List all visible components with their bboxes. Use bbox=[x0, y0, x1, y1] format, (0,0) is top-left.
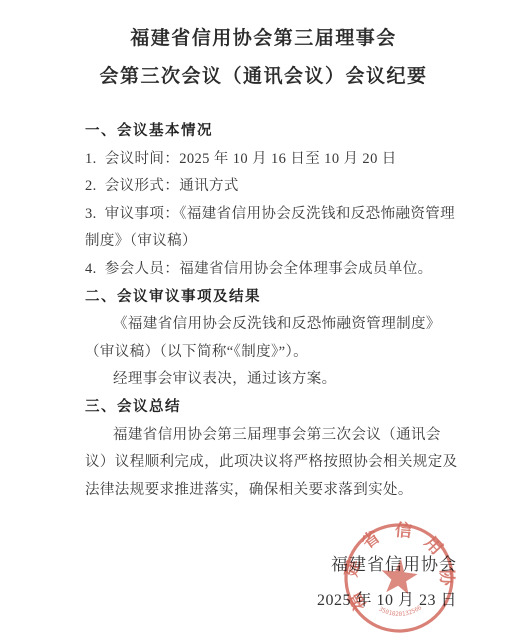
text-line: 《福建省信用协会反洗钱和反恐怖融资管理制度》 bbox=[85, 311, 527, 339]
text-line: （审议稿）（以下简称“《制度》”）。 bbox=[85, 339, 527, 367]
text-line: 议）议程顺利完成，此项决议将严格按照协会相关规定及 bbox=[85, 449, 527, 477]
title-line-2: 会第三次会议（通讯会议）会议纪要 bbox=[0, 58, 527, 96]
text-line: 4. 参会人员：福建省信用协会全体理事会成员单位。 bbox=[85, 256, 527, 284]
document-body: 一、会议基本情况 1. 会议时间：2025 年 10 月 16 日至 10 月 … bbox=[85, 118, 527, 504]
text-line: 法律法规要求推进落实，确保相关要求落到实处。 bbox=[85, 477, 527, 505]
document-page: 福建省信用协会第三届理事会 会第三次会议（通讯会议）会议纪要 一、会议基本情况 … bbox=[0, 0, 527, 638]
title-line-1: 福建省信用协会第三届理事会 bbox=[0, 20, 527, 58]
section-heading-3: 三、会议总结 bbox=[85, 394, 527, 422]
document-title: 福建省信用协会第三届理事会 会第三次会议（通讯会议）会议纪要 bbox=[0, 0, 527, 96]
signature-date: 2025 年 10 月 23 日 bbox=[317, 587, 457, 610]
signature-block: 福建省信用协会 2025 年 10 月 23 日 bbox=[317, 550, 457, 610]
text-line: 福建省信用协会第三届理事会第三次会议（通讯会 bbox=[85, 422, 527, 450]
text-line: 2. 会议形式：通讯方式 bbox=[85, 173, 527, 201]
section-heading-1: 一、会议基本情况 bbox=[85, 118, 527, 146]
signature-org: 福建省信用协会 bbox=[317, 550, 457, 575]
text-line: 制度》（审议稿） bbox=[85, 228, 527, 256]
section-heading-2: 二、会议审议事项及结果 bbox=[85, 284, 527, 312]
text-line: 1. 会议时间：2025 年 10 月 16 日至 10 月 20 日 bbox=[85, 146, 527, 174]
text-line: 3. 审议事项：《福建省信用协会反洗钱和反恐怖融资管理 bbox=[85, 201, 527, 229]
text-line: 经理事会审议表决，通过该方案。 bbox=[85, 366, 527, 394]
